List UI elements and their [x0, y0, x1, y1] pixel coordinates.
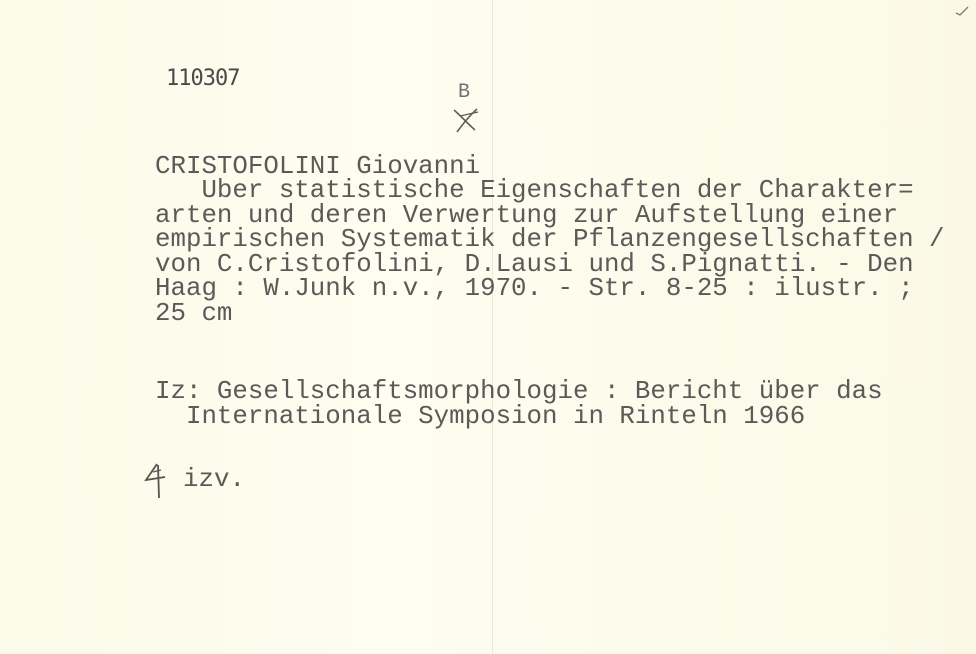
accession-number: 110307 — [166, 66, 239, 91]
handwritten-copies-count — [143, 462, 169, 500]
copies-label: izv. — [183, 467, 245, 492]
card-fold-line — [492, 0, 493, 654]
description-line: Uber statistische Eigenschaften der Char… — [155, 178, 914, 203]
source-line: Internationale Symposion in Rinteln 1966 — [155, 404, 805, 429]
check-mark-icon — [955, 6, 969, 16]
shelf-mark: B — [458, 80, 470, 105]
description-line: 25 cm — [155, 301, 232, 326]
source-line: Iz: Gesellschaftsmorphologie : Bericht ü… — [155, 379, 883, 404]
cancel-mark-icon — [451, 106, 481, 134]
description-line: empirischen Systematik der Pflanzengesel… — [155, 227, 945, 252]
description-line: Haag : W.Junk n.v., 1970. - Str. 8-25 : … — [155, 276, 914, 301]
catalog-card: 110307 B CRISTOFOLINI Giovanni Uber stat… — [0, 0, 976, 654]
